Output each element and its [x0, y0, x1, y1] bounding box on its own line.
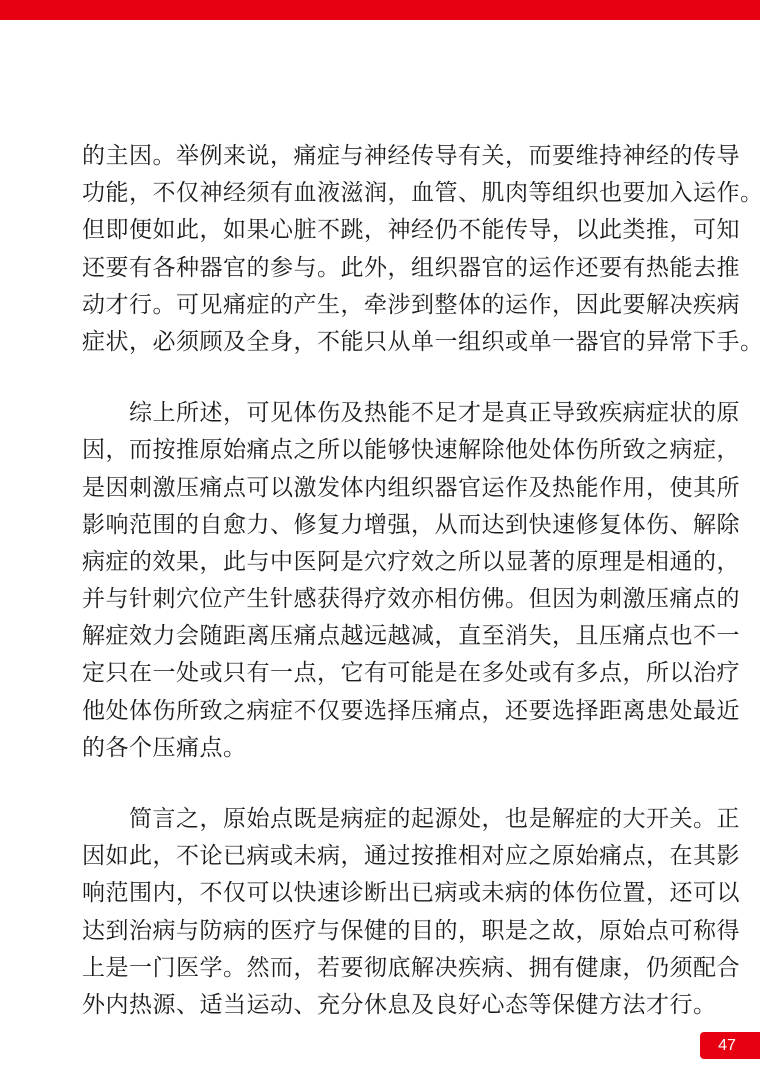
text-line: 简言之，原始点既是病症的起源处，也是解症的大开关。正 — [82, 801, 680, 838]
page-number-badge: 47 — [700, 1032, 760, 1059]
text-line: 的主因。举例来说，痛症与神经传导有关，而要维持神经的传导 — [82, 138, 680, 175]
text-line: 上是一门医学。然而，若要彻底解决疾病、拥有健康，仍须配合 — [82, 950, 680, 987]
text-line: 因，而按推原始痛点之所以能够快速解除他处体伤所致之病症， — [82, 432, 680, 469]
text-line: 达到治病与防病的医疗与保健的目的，职是之故，原始点可称得 — [82, 913, 680, 950]
text-line: 外内热源、适当运动、充分休息及良好心态等保健方法才行。 — [82, 987, 680, 1024]
article-body: 的主因。举例来说，痛症与神经传导有关，而要维持神经的传导 功能，不仅神经须有血液… — [82, 138, 680, 1058]
text-line: 功能，不仅神经须有血液滋润，血管、肌肉等组织也要加入运作。 — [82, 175, 680, 212]
text-line: 他处体伤所致之病症不仅要选择压痛点，还要选择距离患处最近 — [82, 693, 680, 730]
text-line: 定只在一处或只有一点，它有可能是在多处或有多点，所以治疗 — [82, 655, 680, 692]
text-line: 病症的效果，此与中医阿是穴疗效之所以显著的原理是相通的， — [82, 544, 680, 581]
text-line: 还要有各种器官的参与。此外，组织器官的运作还要有热能去推 — [82, 250, 680, 287]
text-line: 解症效力会随距离压痛点越远越减，直至消失，且压痛点也不一 — [82, 618, 680, 655]
paragraph-2: 综上所述，可见体伤及热能不足才是真正导致疾病症状的原 因，而按推原始痛点之所以能… — [82, 395, 680, 767]
paragraph-1: 的主因。举例来说，痛症与神经传导有关，而要维持神经的传导 功能，不仅神经须有血液… — [82, 138, 680, 361]
text-line: 响范围内，不仅可以快速诊断出已病或未病的体伤位置，还可以 — [82, 875, 680, 912]
top-red-bar — [0, 0, 760, 20]
text-line: 综上所述，可见体伤及热能不足才是真正导致疾病症状的原 — [82, 395, 680, 432]
text-line: 影响范围的自愈力、修复力增强，从而达到快速修复体伤、解除 — [82, 507, 680, 544]
text-line: 的各个压痛点。 — [82, 730, 680, 767]
text-line: 但即便如此，如果心脏不跳，神经仍不能传导，以此类推，可知 — [82, 212, 680, 249]
text-line: 并与针刺穴位产生针感获得疗效亦相仿佛。但因为刺激压痛点的 — [82, 581, 680, 618]
paragraph-3: 简言之，原始点既是病症的起源处，也是解症的大开关。正 因如此，不论已病或未病，通… — [82, 801, 680, 1024]
text-line: 是因刺激压痛点可以激发体内组织器官运作及热能作用，使其所 — [82, 470, 680, 507]
text-line: 因如此，不论已病或未病，通过按推相对应之原始痛点，在其影 — [82, 838, 680, 875]
text-line: 动才行。可见痛症的产生，牵涉到整体的运作，因此要解决疾病 — [82, 287, 680, 324]
text-line: 症状，必须顾及全身，不能只从单一组织或单一器官的异常下手。 — [82, 324, 680, 361]
